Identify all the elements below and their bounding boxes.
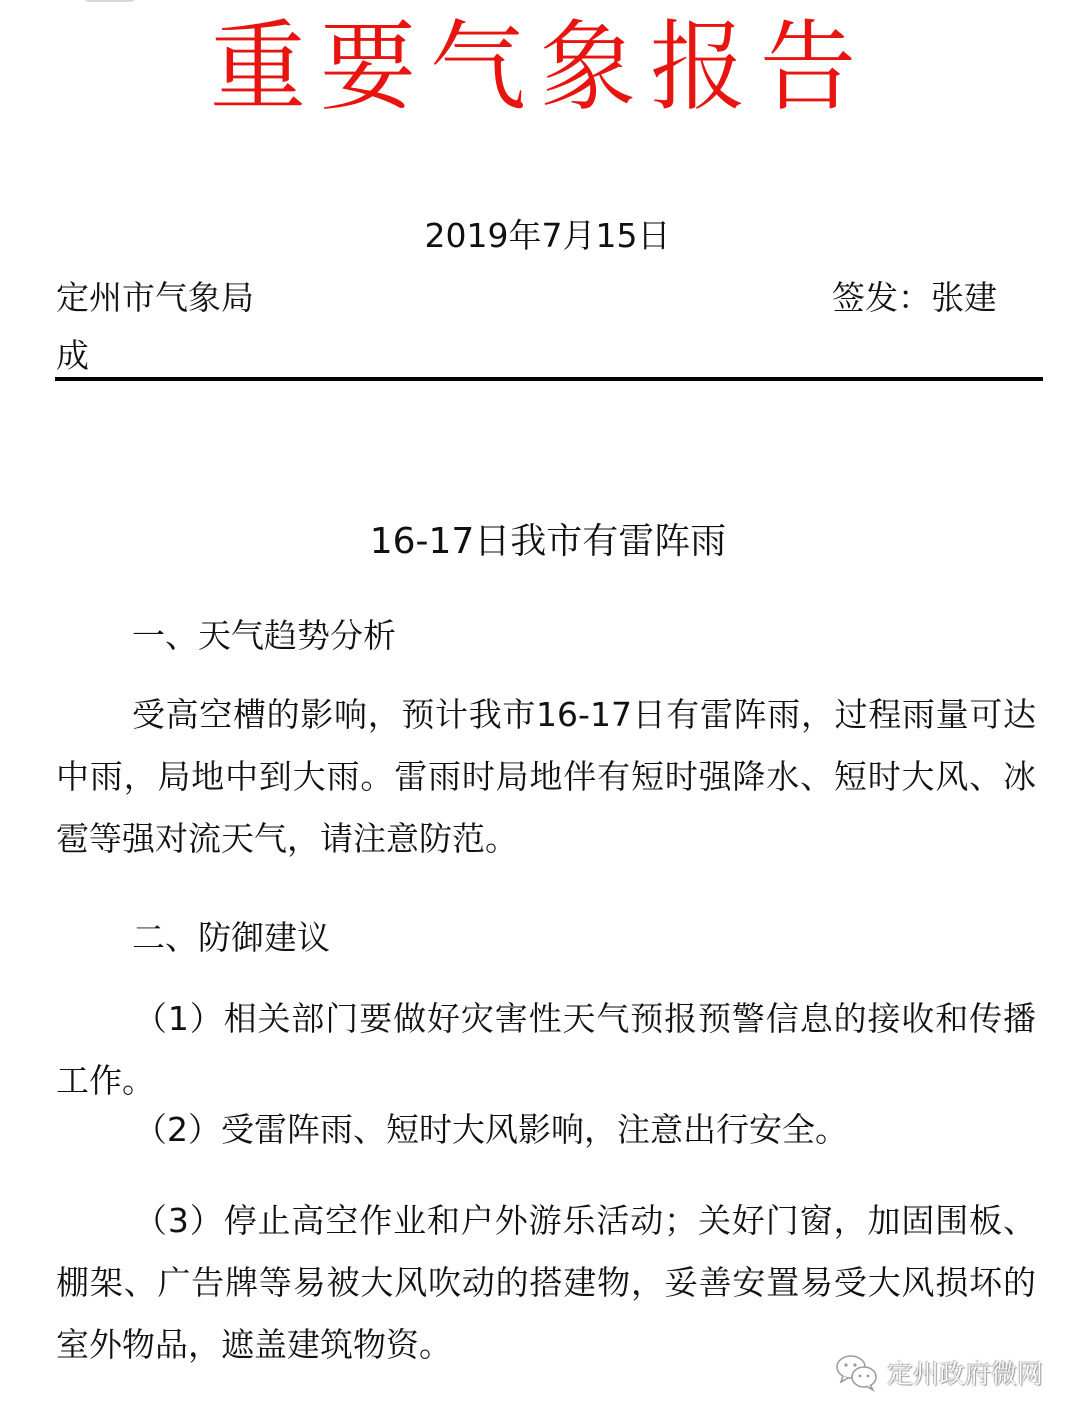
report-date: 2019年7月15日 [0, 214, 1080, 258]
corner-tab [82, 0, 138, 2]
issuer: 定州市气象局 [56, 276, 254, 320]
trend-analysis-paragraph: 受高空槽的影响，预计我市16-17日有雷阵雨，过程雨量可达中雨，局地中到大雨。雷… [56, 684, 1036, 870]
report-title: 重要气象报告 [0, 11, 1080, 123]
section-heading-trend: 一、天气趋势分析 [56, 604, 1036, 668]
signer-continuation: 成 [56, 334, 89, 378]
watermark: 定州政府微网 [835, 1352, 1043, 1392]
suggestion-item: （3）停止高空作业和户外游乐活动；关好门窗，加固围板、棚架、广告牌等易被大风吹动… [56, 1190, 1036, 1376]
suggestion-item: （2）受雷阵雨、短时大风影响，注意出行安全。 [56, 1098, 1036, 1162]
header-divider [55, 377, 1043, 381]
wechat-icon [835, 1352, 879, 1392]
document-title: 16-17日我市有雷阵雨 [0, 518, 1080, 566]
watermark-text: 定州政府微网 [887, 1354, 1043, 1391]
suggestion-item: （1）相关部门要做好灾害性天气预报预警信息的接收和传播工作。 [56, 988, 1036, 1112]
signer: 签发：张建 [832, 276, 997, 320]
section-heading-defense: 二、防御建议 [56, 906, 1036, 970]
